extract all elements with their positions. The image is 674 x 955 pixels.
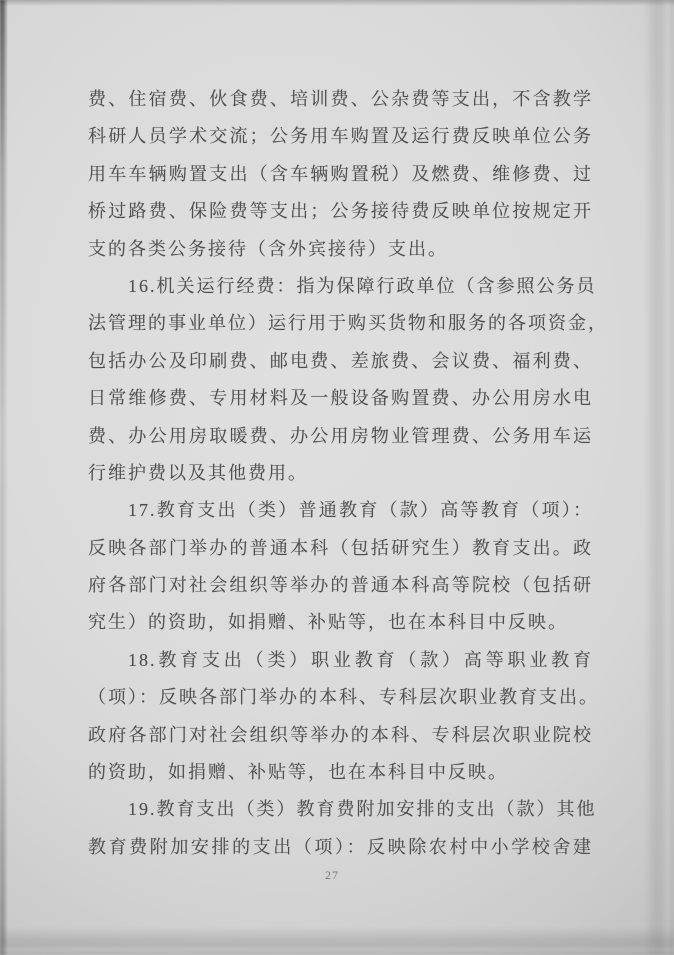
text-line: 17.教育支出（类）普通教育（款）高等教育（项）：: [88, 492, 593, 529]
scanned-document-page: 费、住宿费、伙食费、培训费、公杂费等支出，不含教学科研人员学术交流；公务用车购置…: [0, 0, 674, 955]
text-line: 究生）的资助，如捐赠、补贴等，也在本科目中反映。: [88, 604, 593, 641]
page-bottom-edge-shadow: [0, 927, 674, 955]
text-line: 用车车辆购置支出（含车辆购置税）及燃费、维修费、过: [88, 156, 593, 193]
text-line: 桥过路费、保险费等支出；公务接待费反映单位按规定开: [88, 193, 593, 230]
text-line: 支的各类公务接待（含外宾接待）支出。: [88, 231, 593, 268]
text-line: 府各部门对社会组织等举办的普通本科高等院校（包括研: [88, 567, 593, 604]
text-line: 费、住宿费、伙食费、培训费、公杂费等支出，不含教学: [88, 81, 593, 118]
text-line: 16.机关运行经费：指为保障行政单位（含参照公务员: [88, 268, 593, 305]
text-line: 的资助，如捐赠、补贴等，也在本科目中反映。: [88, 754, 593, 791]
document-text-block: 费、住宿费、伙食费、培训费、公杂费等支出，不含教学科研人员学术交流；公务用车购置…: [88, 81, 593, 866]
text-line: 费、办公用房取暖费、办公用房物业管理费、公务用车运: [88, 418, 593, 455]
text-line: 行维护费以及其他费用。: [88, 455, 593, 492]
page-number: 27: [0, 868, 664, 883]
text-line: 包括办公及印刷费、邮电费、差旅费、会议费、福利费、: [88, 343, 593, 380]
text-line: 科研人员学术交流；公务用车购置及运行费反映单位公务: [88, 118, 593, 155]
text-line: 政府各部门对社会组织等举办的本科、专科层次职业院校: [88, 717, 593, 754]
page-top-edge-shadow: [0, 0, 674, 6]
page-left-edge-shadow: [0, 0, 8, 955]
text-line: 19.教育支出（类）教育费附加安排的支出（款）其他: [88, 791, 593, 828]
text-line: 18.教育支出（类）职业教育（款）高等职业教育: [88, 642, 593, 679]
text-line: 日常维修费、专用材料及一般设备购置费、办公用房水电: [88, 380, 593, 417]
page-right-edge-shadow: [644, 0, 674, 955]
text-line: 法管理的事业单位）运行用于购买货物和服务的各项资金，: [88, 305, 593, 342]
text-line: 教育费附加安排的支出（项）：反映除农村中小学校舍建: [88, 829, 593, 866]
text-line: （项）：反映各部门举办的本科、专科层次职业教育支出。: [88, 679, 593, 716]
text-line: 反映各部门举办的普通本科（包括研究生）教育支出。政: [88, 530, 593, 567]
